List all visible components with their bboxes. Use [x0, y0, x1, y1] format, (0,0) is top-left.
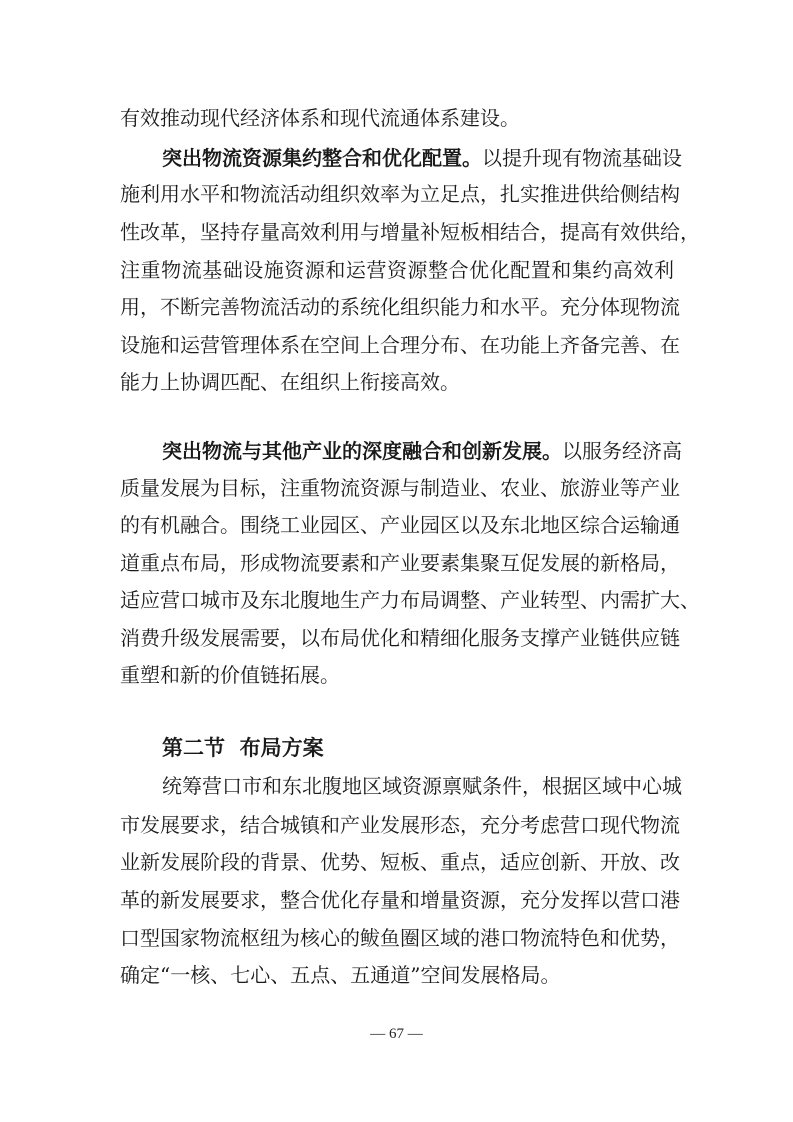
body-text-line: 市发展要求，结合城镇和产业发展形态，充分考虑营口现代物流 — [120, 810, 674, 840]
section-heading: 第二节 布局方案 — [162, 733, 324, 763]
body-text-line: 业新发展阶段的背景、优势、短板、重点，适应创新、开放、改 — [120, 847, 674, 877]
body-text-line: 的有机融合。围绕工业园区、产业园区以及东北地区综合运输通 — [120, 510, 674, 540]
body-text-line: 消费升级发展需要，以布局优化和精细化服务支撑产业链供应链 — [120, 623, 674, 653]
body-text-line: 重塑和新的价值链拓展。 — [120, 660, 674, 690]
body-text-line: 能力上协调匹配、在组织上衔接高效。 — [120, 367, 674, 397]
body-text-line: 口型国家物流枢纽为核心的鲅鱼圈区域的港口物流特色和优势， — [120, 923, 674, 953]
paragraph-lead-bold: 突出物流资源集约整合和优化配置。 — [162, 146, 482, 170]
body-text-line: 用，不断完善物流活动的系统化组织能力和水平。充分体现物流 — [120, 292, 674, 322]
body-text-line: 突出物流资源集约整合和优化配置。以提升现有物流基础设 — [162, 143, 674, 173]
body-text-line: 革的新发展要求，整合优化存量和增量资源，充分发挥以营口港 — [120, 885, 674, 915]
body-text-line: 确定“一核、七心、五点、五通道”空间发展格局。 — [120, 960, 674, 990]
body-text-line: 适应营口城市及东北腹地生产力布局调整、产业转型、内需扩大、 — [120, 585, 674, 615]
body-text-line: 突出物流与其他产业的深度融合和创新发展。以服务经济高 — [162, 436, 674, 466]
body-text-line: 统筹营口市和东北腹地区域资源禀赋条件，根据区域中心城 — [162, 771, 674, 801]
body-text-line: 设施和运营管理体系在空间上合理分布、在功能上齐备完善、在 — [120, 330, 674, 360]
paragraph-lead-bold: 突出物流与其他产业的深度融合和创新发展。 — [162, 439, 562, 463]
paragraph-text: 以提升现有物流基础设 — [482, 146, 682, 170]
body-text-line: 质量发展为目标，注重物流资源与制造业、农业、旅游业等产业 — [120, 473, 674, 503]
body-text-line: 道重点布局，形成物流要素和产业要素集聚互促发展的新格局， — [120, 548, 674, 578]
body-text-line: 有效推动现代经济体系和现代流通体系建设。 — [120, 103, 674, 133]
paragraph-text: 以服务经济高 — [562, 439, 682, 463]
body-text-line: 施利用水平和物流活动组织效率为立足点，扎实推进供给侧结构 — [120, 179, 674, 209]
page-number: — 67 — — [0, 1026, 793, 1043]
body-text-line: 性改革，坚持存量高效利用与增量补短板相结合，提高有效供给， — [120, 217, 674, 247]
document-page: 有效推动现代经济体系和现代流通体系建设。 突出物流资源集约整合和优化配置。以提升… — [0, 0, 793, 1122]
body-text-line: 注重物流基础设施资源和运营资源整合优化配置和集约高效利 — [120, 255, 674, 285]
